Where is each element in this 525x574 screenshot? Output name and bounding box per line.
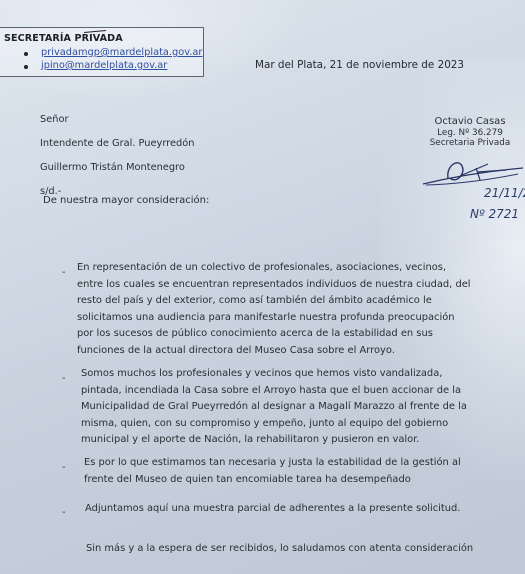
paragraph-line: En representación de un colectivo de pro… (77, 260, 477, 277)
paragraph-line: Somos muchos los profesionales y vecinos… (81, 366, 481, 383)
receiver-name: Octavio Casas (420, 116, 520, 128)
greeting: De nuestra mayor consideración: (43, 195, 209, 206)
recipient-title: Intendente de Gral. Pueyrredón (40, 138, 194, 149)
paragraph-line: misma, quien, con su compromiso y empeño… (81, 416, 481, 433)
list-dash: - (62, 267, 66, 278)
paragraph-attachment: Adjuntamos aquí una muestra parcial de a… (85, 501, 485, 518)
paragraph-request: En representación de un colectivo de pro… (77, 260, 477, 359)
secretaria-privada-stamp: SECRETARÍA PRIVADA privadamgp@mardelplat… (0, 27, 204, 77)
paragraph-line: pintada, incendiada la Casa sobre el Arr… (81, 383, 481, 400)
email-link-jpino[interactable]: jpino@mardelplata.gov.ar (41, 60, 167, 71)
list-dash: - (62, 462, 66, 473)
handwritten-number: Nº 2721 (470, 207, 519, 221)
stamp-title: SECRETARÍA PRIVADA (4, 33, 123, 44)
list-dash: - (62, 373, 66, 384)
paragraph-line: funciones de la actual directora del Mus… (77, 343, 477, 360)
paragraph-line: entre los cuales se encuentran represent… (77, 277, 477, 294)
place-date: Mar del Plata, 21 de noviembre de 2023 (255, 59, 464, 71)
receiver-legajo: Leg. Nº 36.279 (420, 128, 520, 138)
handwritten-date: 21/11/2 (484, 186, 525, 200)
recipient-salutation: Señor (40, 114, 68, 125)
paragraph-line: resto del país y del exterior, como así … (77, 293, 477, 310)
recipient-name: Guillermo Tristán Montenegro (40, 162, 185, 173)
email-link-privadamgp[interactable]: privadamgp@mardelplata.gov.ar (41, 47, 202, 58)
bullet-icon (24, 52, 28, 56)
paragraph-line: Municipalidad de Gral Pueyrredón al desi… (81, 399, 481, 416)
paragraph-stability: Es por lo que estimamos tan necesaria y … (84, 455, 484, 488)
list-dash: - (62, 507, 66, 518)
paragraph-line: frente del Museo de quien tan encomiable… (84, 472, 484, 489)
paragraph-line: municipal y el aporte de Nación, la reha… (81, 432, 481, 449)
closing-line: Sin más y a la espera de ser recibidos, … (86, 543, 473, 554)
receiver-office: Secretaria Privada (420, 138, 520, 148)
stamp-title-text: SECRETARÍA PRIVADA (4, 33, 123, 44)
paragraph-context: Somos muchos los profesionales y vecinos… (81, 366, 481, 449)
reception-stamp: Octavio Casas Leg. Nº 36.279 Secretaria … (420, 116, 520, 148)
paragraph-line: por los sucesos de público conocimiento … (77, 326, 477, 343)
paragraph-line: solicitamos una audiencia para manifesta… (77, 310, 477, 327)
paragraph-line: Es por lo que estimamos tan necesaria y … (84, 455, 484, 472)
bullet-icon (24, 65, 28, 69)
paragraph-line: Adjuntamos aquí una muestra parcial de a… (85, 501, 485, 518)
